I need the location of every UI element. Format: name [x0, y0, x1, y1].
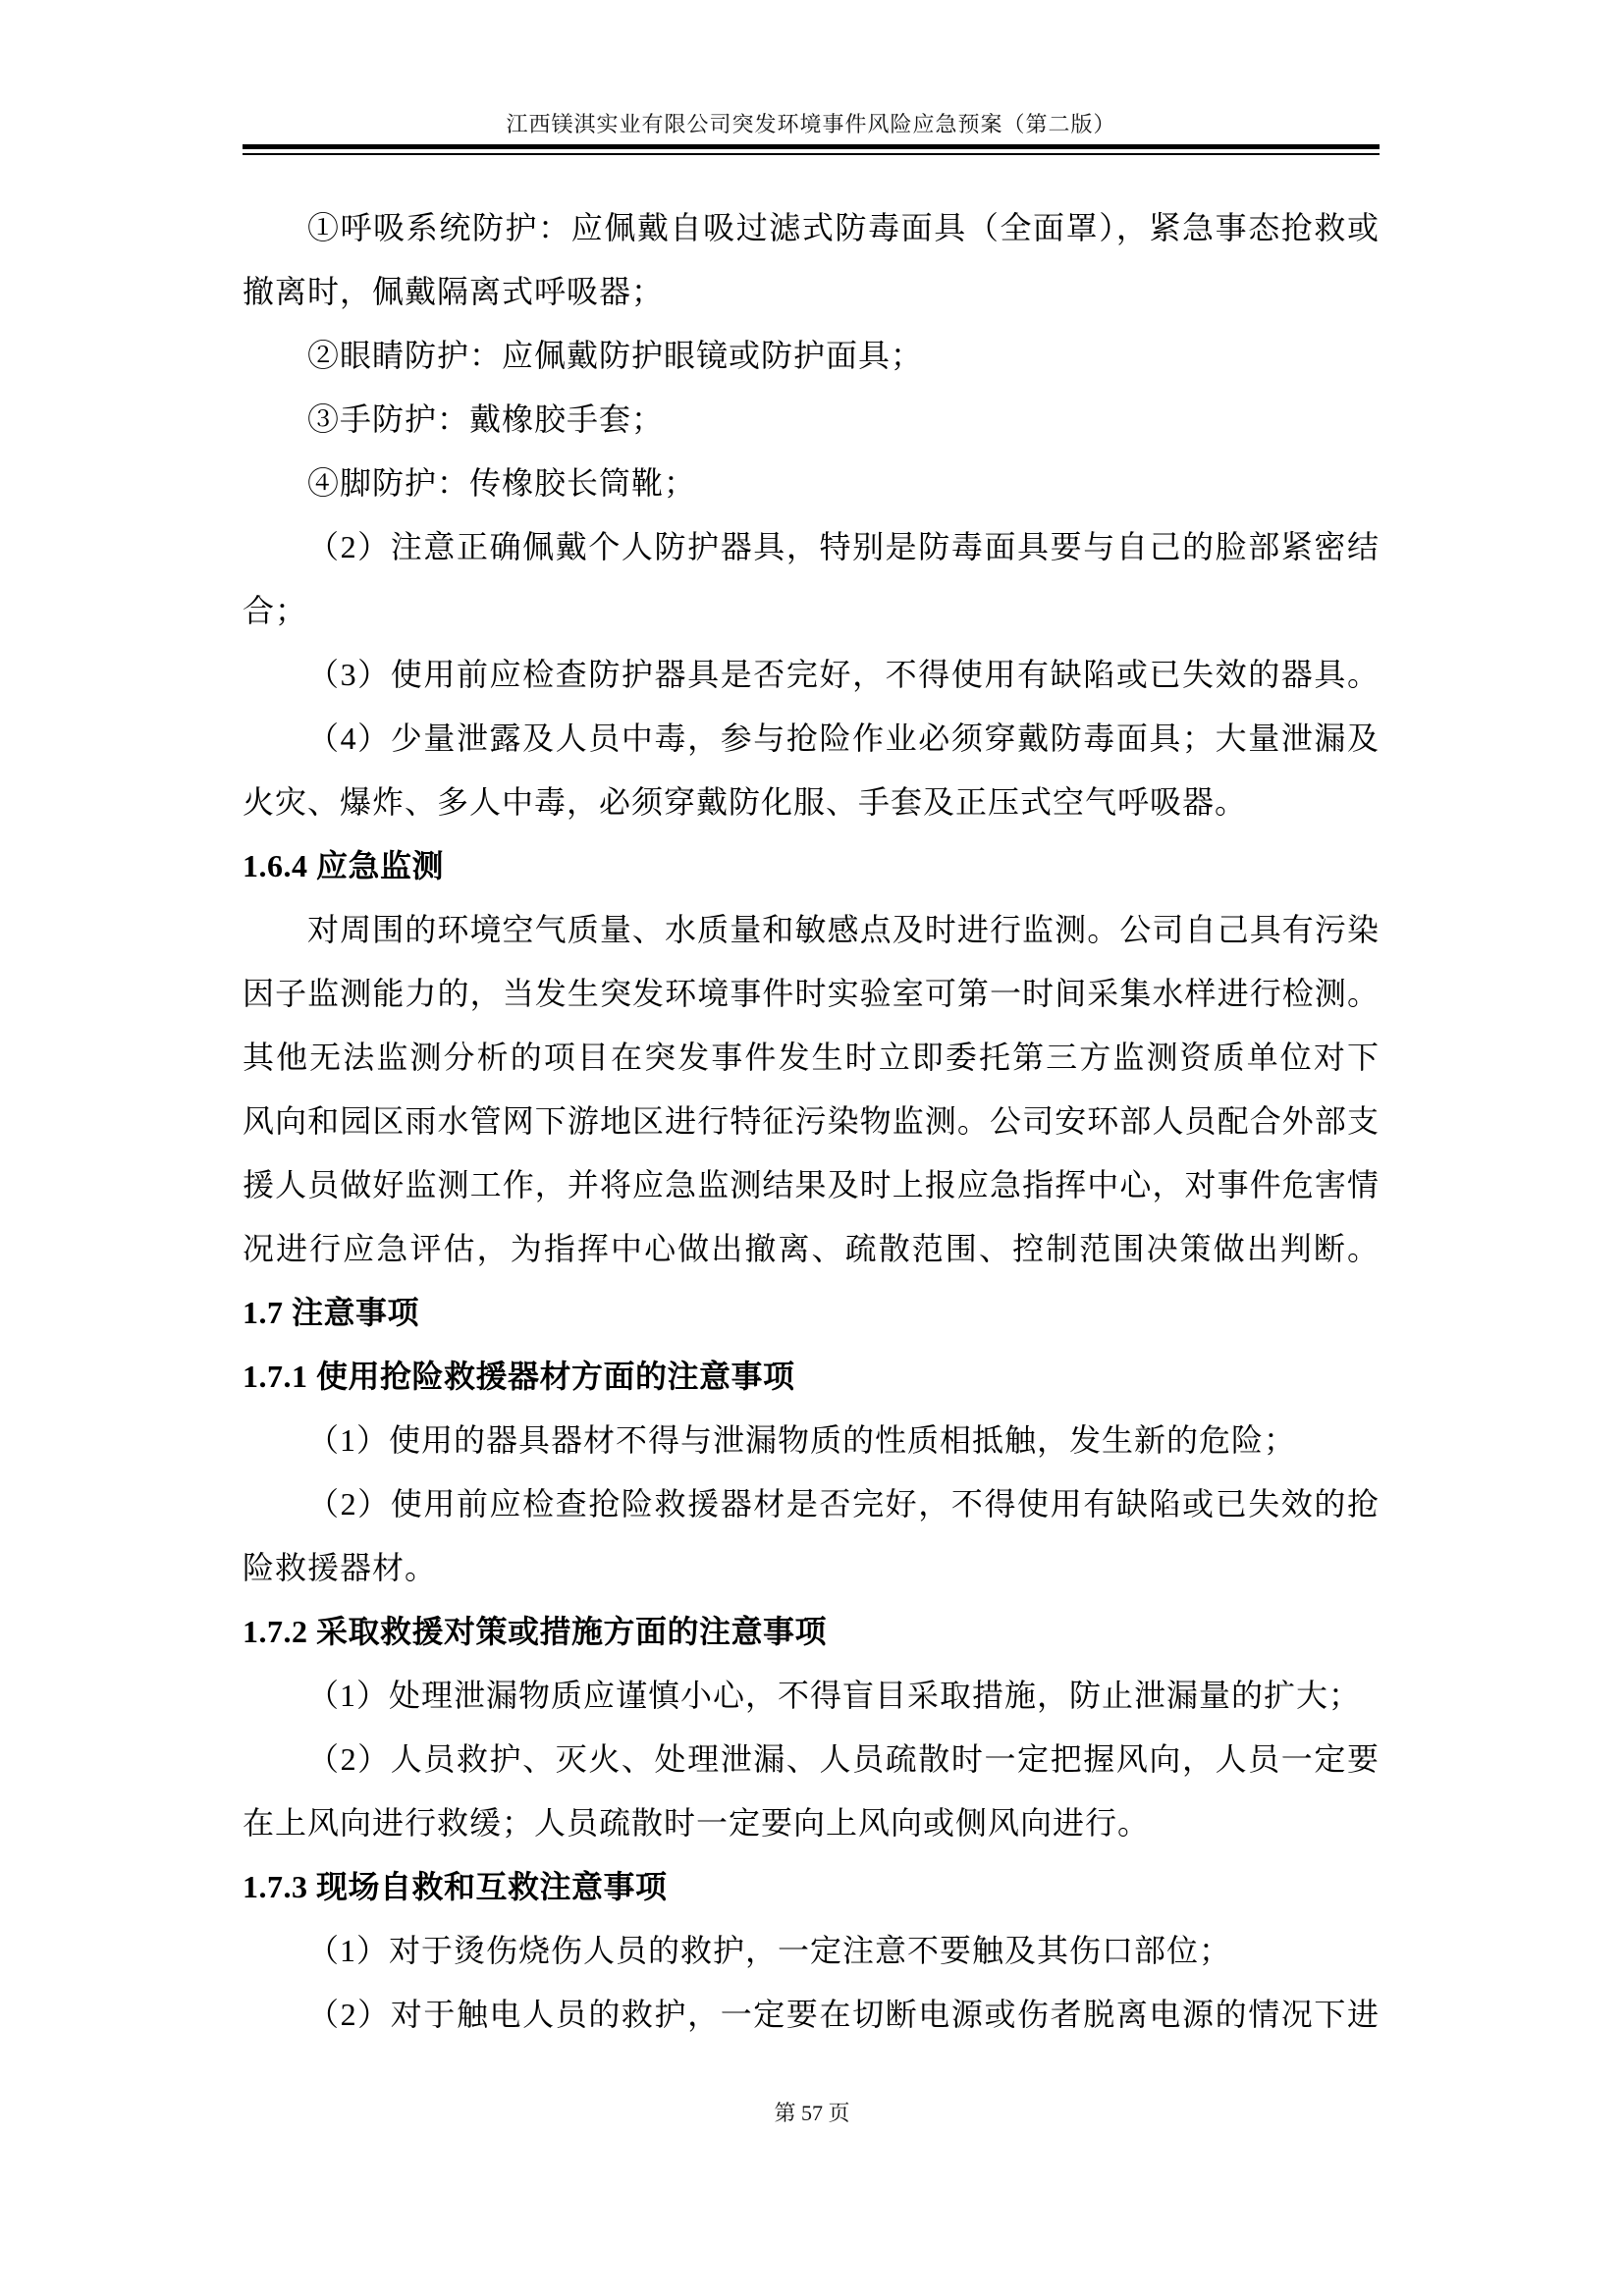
text-line: （2）注意正确佩戴个人防护器具，特别是防毒面具要与自己的脸部紧密结 — [243, 515, 1380, 579]
section-heading: 1.6.4 应急监测 — [243, 834, 1380, 898]
text-line: 其他无法监测分析的项目在突发事件发生时立即委托第三方监测资质单位对下 — [243, 1026, 1380, 1090]
text-line: 在上风向进行救缓；人员疏散时一定要向上风向或侧风向进行。 — [243, 1791, 1380, 1855]
text-line: 援人员做好监测工作，并将应急监测结果及时上报应急指挥中心，对事件危害情 — [243, 1153, 1380, 1217]
document-body: ①呼吸系统防护：应佩戴自吸过滤式防毒面具（全面罩），紧急事态抢救或撤离时，佩戴隔… — [243, 196, 1380, 2047]
section-heading: 1.7.2 采取救援对策或措施方面的注意事项 — [243, 1600, 1380, 1664]
text-line: （1）处理泄漏物质应谨慎小心，不得盲目采取措施，防止泄漏量的扩大； — [243, 1664, 1380, 1728]
page-header-title: 江西镁淇实业有限公司突发环境事件风险应急预案（第二版） — [243, 110, 1380, 139]
section-heading: 1.7.1 使用抢险救援器材方面的注意事项 — [243, 1345, 1380, 1409]
text-line: ④脚防护：传橡胶长筒靴； — [243, 452, 1380, 515]
text-line: 合； — [243, 579, 1380, 643]
text-line: （4）少量泄露及人员中毒，参与抢险作业必须穿戴防毒面具；大量泄漏及 — [243, 707, 1380, 771]
text-line: 险救援器材。 — [243, 1536, 1380, 1600]
document-page: 江西镁淇实业有限公司突发环境事件风险应急预案（第二版） ①呼吸系统防护：应佩戴自… — [0, 0, 1624, 2296]
section-heading: 1.7.3 现场自救和互救注意事项 — [243, 1855, 1380, 1919]
text-line: 风向和园区雨水管网下游地区进行特征污染物监测。公司安环部人员配合外部支 — [243, 1090, 1380, 1153]
section-heading: 1.7 注意事项 — [243, 1281, 1380, 1345]
text-line: （3）使用前应检查防护器具是否完好，不得使用有缺陷或已失效的器具。 — [243, 643, 1380, 707]
text-line: 撤离时，佩戴隔离式呼吸器； — [243, 260, 1380, 324]
text-line: （2）对于触电人员的救护，一定要在切断电源或伤者脱离电源的情况下进 — [243, 1983, 1380, 2047]
text-line: 况进行应急评估，为指挥中心做出撤离、疏散范围、控制范围决策做出判断。 — [243, 1217, 1380, 1281]
text-line: ①呼吸系统防护：应佩戴自吸过滤式防毒面具（全面罩），紧急事态抢救或 — [243, 196, 1380, 260]
text-line: ②眼睛防护：应佩戴防护眼镜或防护面具； — [243, 324, 1380, 388]
text-line: ③手防护：戴橡胶手套； — [243, 388, 1380, 452]
page-number: 第 57 页 — [0, 2099, 1624, 2128]
header-double-rule — [243, 144, 1380, 155]
text-line: 火灾、爆炸、多人中毒，必须穿戴防化服、手套及正压式空气呼吸器。 — [243, 771, 1380, 834]
text-line: （1）对于烫伤烧伤人员的救护，一定注意不要触及其伤口部位； — [243, 1919, 1380, 1983]
text-line: （2）使用前应检查抢险救援器材是否完好，不得使用有缺陷或已失效的抢 — [243, 1472, 1380, 1536]
text-line: （2）人员救护、灭火、处理泄漏、人员疏散时一定把握风向，人员一定要 — [243, 1728, 1380, 1791]
text-line: 对周围的环境空气质量、水质量和敏感点及时进行监测。公司自己具有污染 — [243, 898, 1380, 962]
text-line: 因子监测能力的，当发生突发环境事件时实验室可第一时间采集水样进行检测。 — [243, 962, 1380, 1026]
text-line: （1）使用的器具器材不得与泄漏物质的性质相抵触，发生新的危险； — [243, 1409, 1380, 1472]
